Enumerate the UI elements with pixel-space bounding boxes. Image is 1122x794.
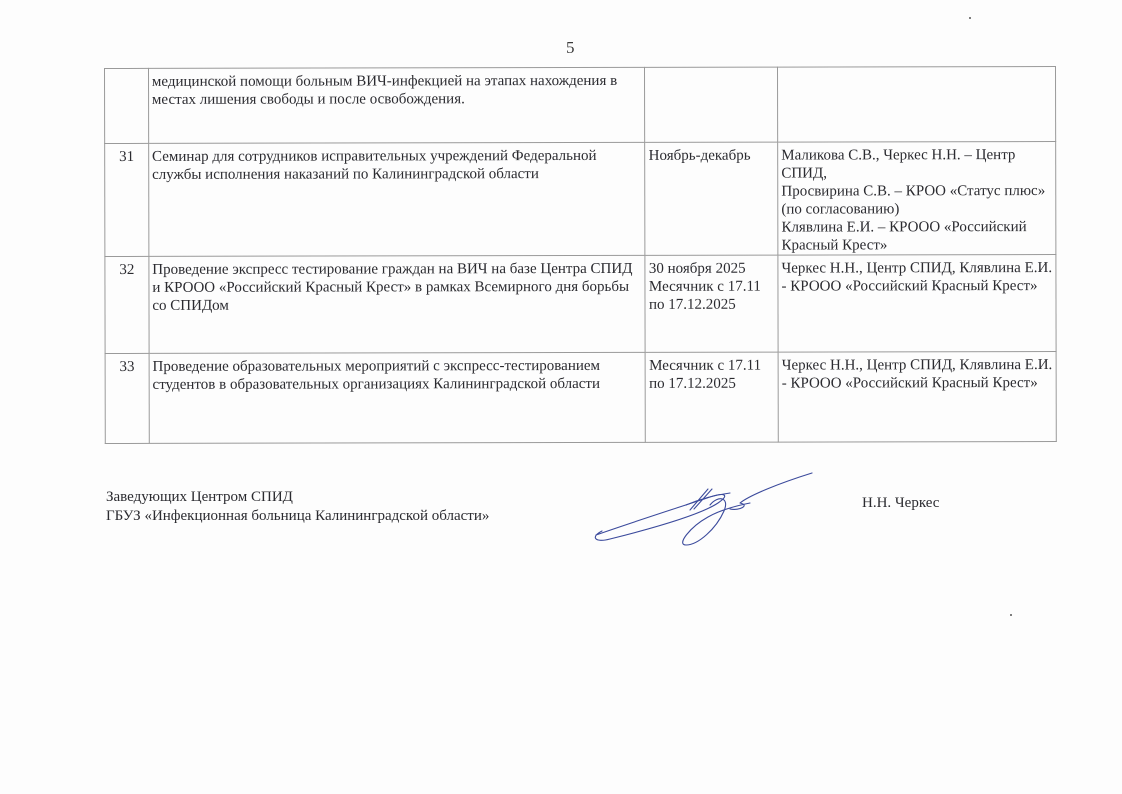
position-line-2: ГБУЗ «Инфекционная больница Калининградс… [106, 507, 489, 526]
handwritten-signature [590, 465, 820, 555]
activity-cell: медицинской помощи больным ВИЧ-инфекцией… [148, 67, 645, 143]
dates-cell: 30 ноября 2025 Месячник с 17.11 по 17.12… [645, 255, 778, 352]
activity-cell: Проведение образовательных мероприятий с… [149, 352, 646, 443]
row-number [105, 68, 149, 143]
table-row: 32 Проведение экспресс тестирование граж… [105, 255, 1056, 354]
row-number: 31 [105, 143, 149, 256]
responsible-cell [778, 67, 1056, 143]
row-number: 33 [105, 353, 149, 443]
scan-speck [1010, 614, 1012, 616]
activity-cell: Семинар для сотрудников исправительных у… [149, 142, 646, 256]
row-number: 32 [105, 256, 149, 353]
scan-speck [969, 17, 971, 19]
responsible-cell: Маликова С.В., Черкес Н.Н. – Центр СПИД,… [778, 142, 1056, 256]
table-row: 33 Проведение образовательных мероприяти… [105, 352, 1056, 444]
page-number: 5 [566, 38, 575, 58]
responsible-cell: Черкес Н.Н., Центр СПИД, Клявлина Е.И. -… [778, 255, 1056, 353]
signatory-name: Н.Н. Черкес [862, 495, 939, 512]
signatory-position: Заведующих Центром СПИД ГБУЗ «Инфекционн… [106, 488, 489, 526]
activity-cell: Проведение экспресс тестирование граждан… [149, 255, 646, 353]
position-line-1: Заведующих Центром СПИД [106, 488, 489, 507]
dates-cell: Месячник с 17.11 по 17.12.2025 [646, 352, 779, 442]
activity-plan-table: медицинской помощи больным ВИЧ-инфекцией… [104, 66, 1057, 444]
dates-cell [645, 67, 778, 142]
responsible-cell: Черкес Н.Н., Центр СПИД, Клявлина Е.И. -… [778, 352, 1056, 443]
table-row: медицинской помощи больным ВИЧ-инфекцией… [105, 67, 1056, 144]
dates-cell: Ноябрь-декабрь [645, 142, 778, 255]
table-row: 31 Семинар для сотрудников исправительны… [105, 142, 1056, 257]
